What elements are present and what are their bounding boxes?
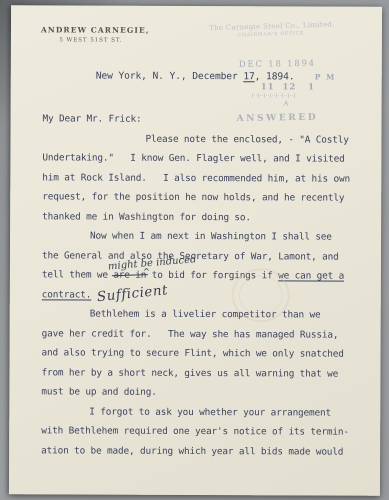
letterhead-name: ANDREW CARNEGIE, <box>41 25 141 34</box>
dateline-suffix: , 1894. <box>255 71 295 82</box>
letter-text-segment: must be up and doing. <box>41 386 156 398</box>
dateline-prefix: New York, N. Y., December <box>96 71 244 83</box>
letter-line: Now when I am next in Washington I shall… <box>42 226 372 247</box>
embossed-seal-inner-ring <box>239 275 283 315</box>
letter-line: contract. <box>42 285 372 306</box>
letter-line: must be up and doing. <box>41 382 371 403</box>
letter-line: I forgot to ask you whether your arrange… <box>41 402 371 423</box>
letter-text-segment: request, for the position he now holds, … <box>42 191 344 203</box>
letter-text-segment: gave her credit for. The way she has man… <box>42 328 339 340</box>
letter-line: gave her credit for. The way she has man… <box>42 324 372 345</box>
letter-line: tell them we are in to bid for forgings … <box>42 265 372 286</box>
letter-text-segment: we can get a <box>278 270 344 281</box>
letter-line: Please note the enclosed, - "A Costly <box>42 129 372 150</box>
ruler-ticks-stamp: l··l··l··l··l··l··l··l <box>252 93 296 99</box>
letter-text-segment: Undertaking." I know Gen. Flagler well, … <box>42 152 344 164</box>
letter-paper: ANDREW CARNEGIE, 5 WEST 51ST ST. The Car… <box>9 5 382 496</box>
letter-text-segment: him at Rock Island. I also recommended h… <box>42 172 350 184</box>
letter-line: the General and also the Secretary of Wa… <box>42 246 372 267</box>
letter-line: Undertaking." I know Gen. Flagler well, … <box>42 148 372 169</box>
letter-text-segment: with Bethlehem required one year's notic… <box>41 425 349 437</box>
letter-text-segment: and also trying to secure Flint, which w… <box>42 347 344 359</box>
scanned-photo-background: ANDREW CARNEGIE, 5 WEST 51ST ST. The Car… <box>0 0 389 500</box>
letter-line: and also trying to secure Flint, which w… <box>42 343 372 364</box>
letter-text-segment: My Dear Mr. Frick: <box>43 113 142 124</box>
letter-text-segment: Now when I am next in Washington I shall… <box>90 231 332 243</box>
letterhead-address: 5 WEST 51ST ST. <box>41 37 141 43</box>
letter-text-segment: Bethlehem is a livelier competitor than … <box>90 309 321 321</box>
letter-line: My Dear Mr. Frick: <box>43 109 373 130</box>
letter-text-segment: contract. <box>42 289 92 300</box>
letter-line: with Bethlehem required one year's notic… <box>41 421 371 442</box>
dateline-day: 17 <box>243 71 254 82</box>
pm-stamp: P M <box>315 73 336 82</box>
dateline: New York, N. Y., December 17, 1894. <box>96 71 295 83</box>
company-receiving-stamp: The Carnegie Steel Co., Limited, CHAIRMA… <box>207 20 337 39</box>
letter-text-segment: Please note the enclosed, - "A Costly <box>145 133 348 145</box>
letter-text-segment: I forgot to ask you whether your arrange… <box>89 406 331 418</box>
letter-text-segment: from her by a short neck, gives us all w… <box>41 367 338 379</box>
letter-line: thanked me in Washington for doing so. <box>42 207 372 228</box>
letter-line: request, for the position he now holds, … <box>42 187 372 208</box>
letterhead: ANDREW CARNEGIE, 5 WEST 51ST ST. <box>41 25 141 43</box>
embossed-seal <box>232 268 290 322</box>
letter-line: him at Rock Island. I also recommended h… <box>42 168 372 189</box>
received-date-stamp: DEC 18 1894 <box>239 59 316 70</box>
letter-a-stamp: A <box>284 99 289 107</box>
letter-line: Bethlehem is a livelier competitor than … <box>42 304 372 325</box>
time-numbers-stamp: 11 12 1 <box>261 82 315 92</box>
letter-text-segment: tell them we <box>42 269 113 280</box>
letter-body: My Dear Mr. Frick:Please note the enclos… <box>41 109 373 461</box>
letter-text-segment: ation to be made, during which year all … <box>41 445 343 457</box>
letter-line: ation to be made, during which year all … <box>41 441 371 462</box>
insertion-caret-mark: ^ <box>143 268 151 278</box>
letter-line: from her by a short neck, gives us all w… <box>41 363 371 384</box>
letter-text-segment: thanked me in Washington for doing so. <box>42 211 251 223</box>
